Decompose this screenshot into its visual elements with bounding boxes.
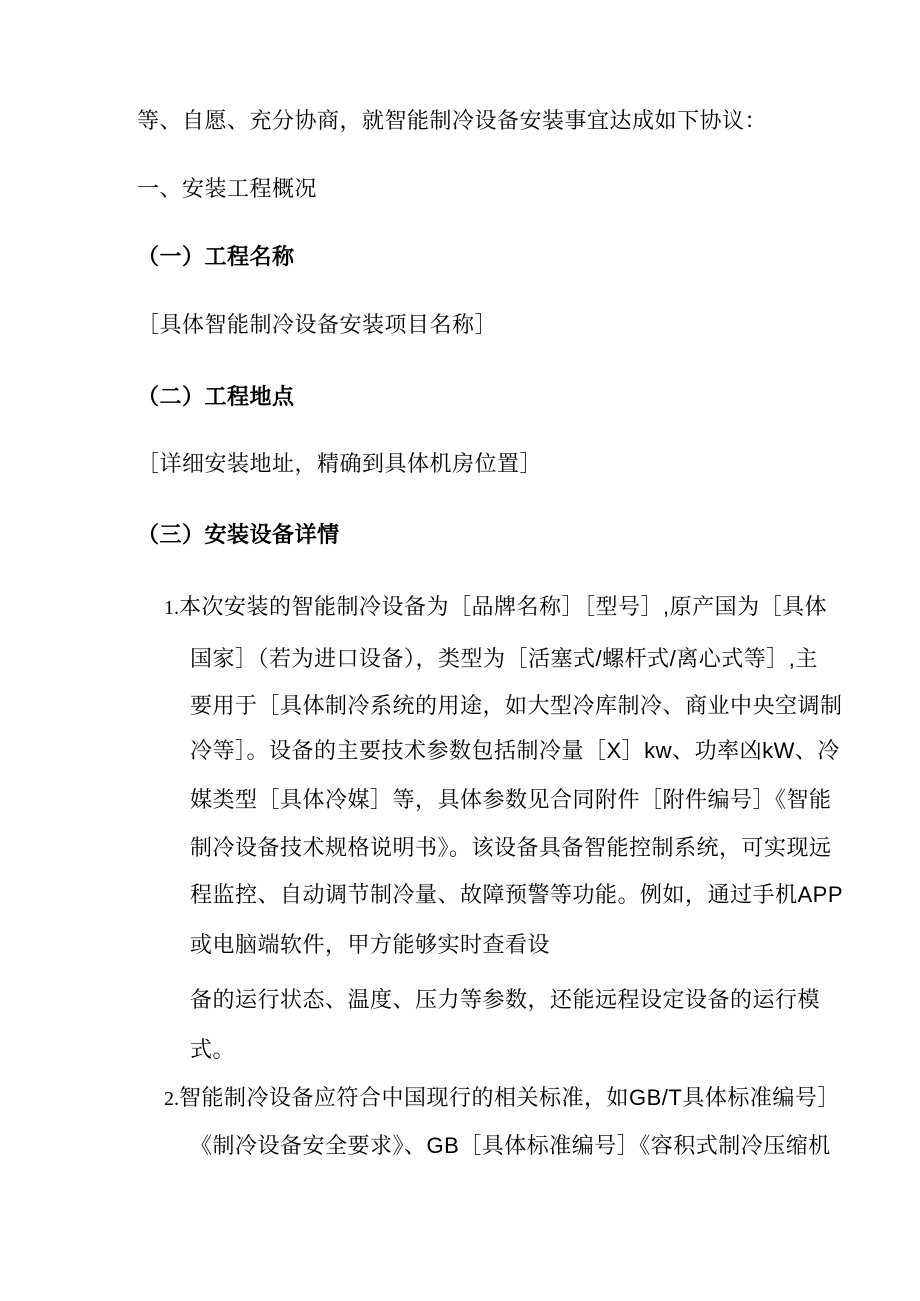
subsection-2-heading: （二）工程地点: [137, 382, 295, 412]
list-item-2-line-2: 《制冷设备安全要求》、GB［具体标准编号］《容积式制冷压缩机: [190, 1131, 831, 1161]
list-item-1-marker: 1.: [164, 597, 179, 619]
section-1-title: 一、安装工程概况: [137, 174, 317, 204]
list-item-2-line-1: 智能制冷设备应符合中国现行的相关标准，如GB/T具体标准编号］: [179, 1085, 840, 1110]
list-item-1-line-8: 或电脑端软件，甲方能够实时查看设: [190, 930, 550, 960]
list-item-1-line-1: 本次安装的智能制冷设备为［品牌名称］［型号］,原产国为［具体: [179, 594, 827, 619]
intro-paragraph: 等、自愿、充分协商，就智能制冷设备安装事宜达成如下协议：: [137, 106, 767, 136]
subsection-3-heading: （三）安装设备详情: [137, 520, 340, 550]
list-item-1-line-6: 制冷设备技术规格说明书》。该设备具备智能控制系统，可实现远: [190, 833, 832, 863]
list-item-1-line-5: 媒类型［具体冷媒］等，具体参数见合同附件［附件编号］《智能: [190, 785, 832, 815]
subsection-1-body: ［具体智能制冷设备安装项目名称］: [137, 310, 497, 340]
document-page: 等、自愿、充分协商，就智能制冷设备安装事宜达成如下协议： 一、安装工程概况 （一…: [0, 0, 920, 1301]
list-item-1-line-7: 程监控、自动调节制冷量、故障预警等功能。例如，通过手机APP: [190, 880, 843, 910]
list-item-1-line-3: 要用于［具体制冷系统的用途，如大型冷库制冷、商业中央空调制: [190, 691, 843, 721]
list-item-1-line-9: 备的运行状态、温度、压力等参数，还能远程设定设备的运行模: [190, 985, 820, 1015]
list-item-1-line-4: 冷等］。设备的主要技术参数包括制冷量［X］kw、功率凶kW、冷: [190, 736, 840, 766]
list-item-2: 2.智能制冷设备应符合中国现行的相关标准，如GB/T具体标准编号］: [164, 1083, 840, 1114]
subsection-1-heading: （一）工程名称: [137, 242, 295, 272]
list-item-2-marker: 2.: [164, 1088, 179, 1110]
subsection-2-body: ［详细安装地址，精确到具体机房位置］: [137, 449, 542, 479]
list-item-1: 1.本次安装的智能制冷设备为［品牌名称］［型号］,原产国为［具体: [164, 592, 827, 623]
list-item-1-line-2: 国家］（若为进口设备），类型为［活塞式/螺杆式/离心式等］,主: [190, 644, 818, 674]
list-item-1-line-10: 式。: [190, 1035, 235, 1065]
